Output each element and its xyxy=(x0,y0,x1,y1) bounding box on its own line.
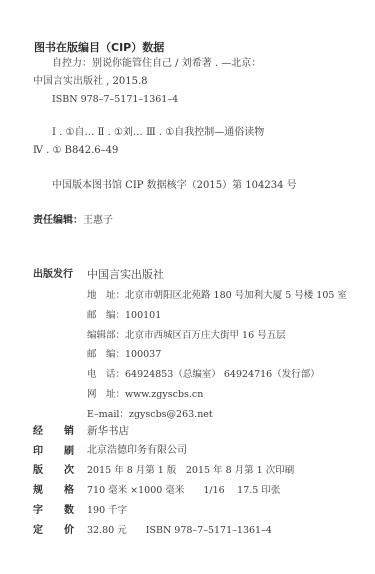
editor-name: 王惠子 xyxy=(83,215,113,226)
publisher-name: 中国言实出版社 xyxy=(87,269,164,280)
cip-bibliographic-line: 自控力：别说你能管住自己 / 刘希著 . —北京： xyxy=(52,59,261,69)
detail-label-b: 销 xyxy=(64,427,74,437)
detail-value: 新华书店 xyxy=(87,426,129,437)
publisher-phone: 电 话：64924853（总编室） 64924716（发行部） xyxy=(87,370,320,380)
cip-subjects-line1: Ⅰ . ①自… Ⅱ . ①刘… Ⅲ . ①自我控制—通俗读物 xyxy=(52,128,264,138)
publisher-label: 出版发行 xyxy=(33,270,73,280)
cip-subjects-line2: Ⅳ . ① B842.6–49 xyxy=(33,146,118,156)
detail-label-a: 规 xyxy=(33,486,43,496)
edit-dept-postcode: 邮 编：100037 xyxy=(87,350,161,360)
detail-label-b: 价 xyxy=(64,526,74,536)
detail-value: 32.80 元 ISBN 978–7–5171–1361–4 xyxy=(87,526,272,536)
cip-title: 图书在版编目（CIP）数据 xyxy=(34,42,164,53)
detail-label-a: 字 xyxy=(33,506,43,516)
editor-label: 责任编辑： xyxy=(33,215,83,226)
detail-label-b: 次 xyxy=(64,466,74,476)
detail-label-a: 版 xyxy=(33,466,43,476)
detail-label-a: 经 xyxy=(33,427,43,437)
cip-isbn: ISBN 978–7–5171–1361–4 xyxy=(52,95,178,105)
publisher-website: 网 址：www.zgyscbs.cn xyxy=(87,390,203,400)
publisher-address: 地 址：北京市朝阳区北苑路 180 号加利大厦 5 号楼 105 室 xyxy=(87,291,347,301)
detail-label-b: 刷 xyxy=(64,447,74,457)
detail-label-a: 定 xyxy=(33,526,43,536)
detail-value: 2015 年 8 月第 1 版 2015 年 8 月第 1 次印刷 xyxy=(87,466,294,476)
detail-label-a: 印 xyxy=(33,447,43,457)
detail-label-b: 格 xyxy=(64,486,74,496)
cip-publisher-line: 中国言实出版社 , 2015.8 xyxy=(33,77,148,87)
edit-dept-address: 编辑部：北京市西城区百万庄大街甲 16 号五层 xyxy=(87,331,286,341)
publisher-email: E–mail：zgyscbs@263.net xyxy=(87,410,213,420)
publisher-postcode: 邮 编：100101 xyxy=(87,311,161,321)
detail-value: 北京浩德印务有限公司 xyxy=(87,446,187,456)
detail-value: 190 千字 xyxy=(87,506,127,516)
cip-library-record: 中国版本图书馆 CIP 数据核字（2015）第 104234 号 xyxy=(52,181,297,191)
detail-label-b: 数 xyxy=(64,506,74,516)
detail-value: 710 毫米 ×1000 毫米 1/16 17.5 印张 xyxy=(87,486,280,496)
